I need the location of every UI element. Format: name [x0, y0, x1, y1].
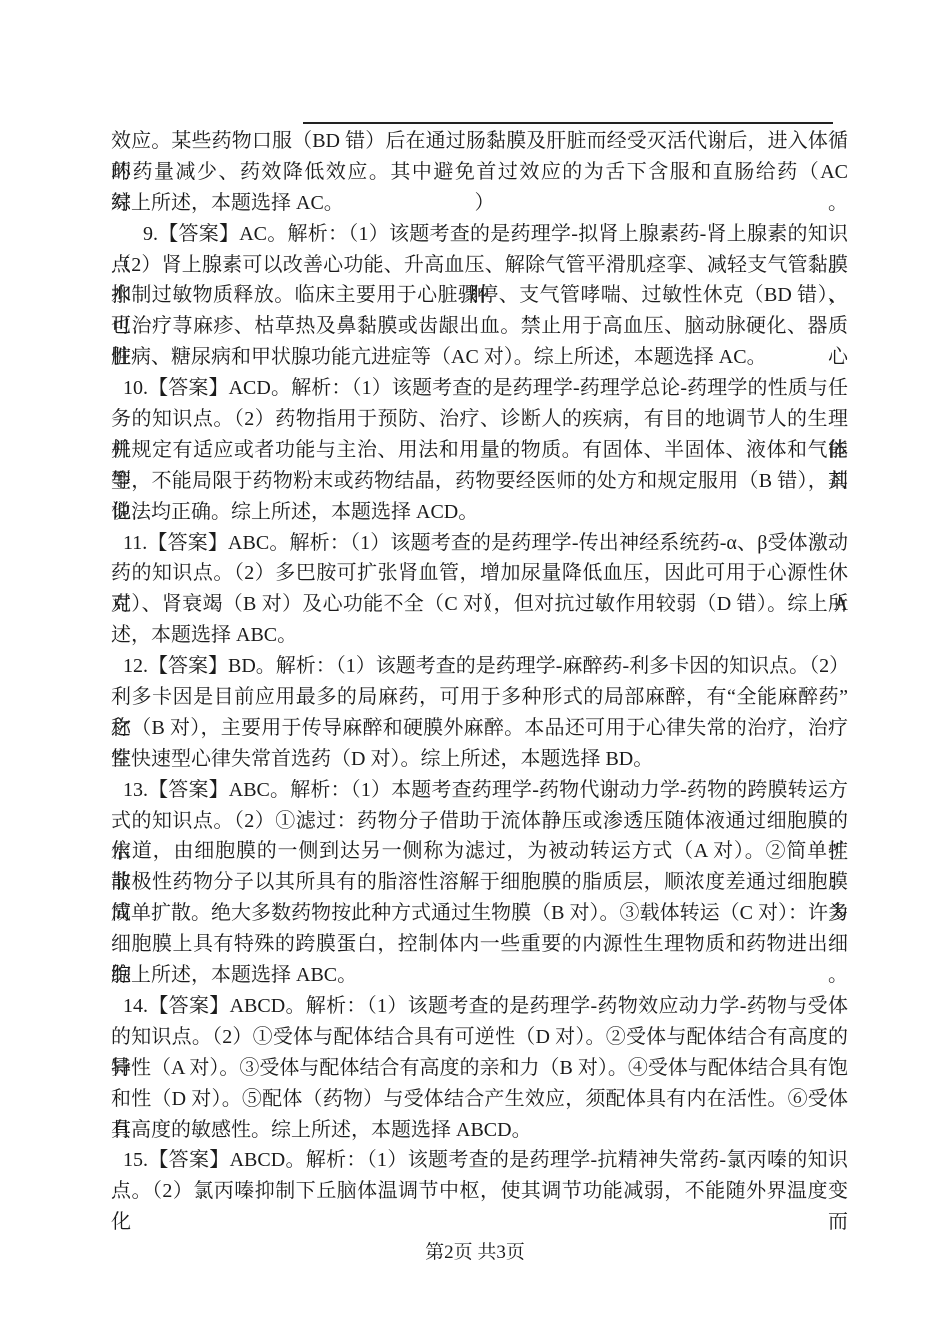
- answer-12-line-1: 12.【答案】BD。解析：（1）该题考查的是药理学-麻醉药-利多卡因的知识点。（…: [111, 651, 848, 682]
- answer-11-line-3: 对）、肾衰竭（B 对）及心功能不全（C 对），但对抗过敏作用较弱（D 错）。综上…: [111, 589, 848, 620]
- answer-13-line-3: 信道，由细胞膜的一侧到达另一侧称为滤过，为被动转运方式（A 对）。②简单扩散：: [111, 836, 848, 867]
- answer-9-line-1: 9.【答案】AC。解析：（1）该题考查的是药理学-拟肾上腺素药-肾上腺素的知识点…: [111, 219, 848, 250]
- answer-14-line-1: 14.【答案】ABCD。解析：（1）该题考查的是药理学-药物效应动力学-药物与受…: [111, 991, 848, 1022]
- answer-12-line-4: 性快速型心律失常首选药（D 对）。综上所述，本题选择 BD。: [111, 744, 848, 775]
- answer-13-line-2: 式的知识点。（2）①滤过：药物分子借助于流体静压或渗透压随体液通过细胞膜的水性: [111, 806, 848, 837]
- answer-12-line-3: 称（B 对），主要用于传导麻醉和硬膜外麻醉。本品还可用于心律失常的治疗，治疗室: [111, 713, 848, 744]
- answer-14-line-2: 的知识点。（2）①受体与配体结合具有可逆性（D 对）。②受体与配体结合有高度的特: [111, 1022, 848, 1053]
- answer-13-line-4: 非极性药物分子以其所具有的脂溶性溶解于细胞膜的脂质层，顺浓度差通过细胞膜成为: [111, 867, 848, 898]
- answer-9-line-5: 脏病、糖尿病和甲状腺功能亢进症等（AC 对）。综上所述，本题选择 AC。: [111, 342, 848, 373]
- answer-10-line-5: 说法均正确。综上所述，本题选择 ACD。: [111, 497, 848, 528]
- answer-13-line-6: 细胞膜上具有特殊的跨膜蛋白，控制体内一些重要的内源性生理物质和药物进出细胞。: [111, 929, 848, 960]
- leading-paragraph-line-2: 的药量减少、药效降低效应。其中避免首过效应的为舌下含服和直肠给药（AC 对）。: [111, 157, 848, 188]
- answer-9-line-3: 抑制过敏物质释放。临床主要用于心脏骤停、支气管哮喘、过敏性休克（BD 错），也: [111, 280, 848, 311]
- document-page: 效应。某些药物口服（BD 错）后在通过肠黏膜及肝脏而经受灭活代谢后，进入体循环的…: [0, 0, 950, 1336]
- answer-14-line-3: 异性（A 对）。③受体与配体结合有高度的亲和力（B 对）。④受体与配体结合具有饱: [111, 1053, 848, 1084]
- answer-13-line-1: 13.【答案】ABC。解析：（1）本题考查药理学-药物代谢动力学-药物的跨膜转运…: [111, 775, 848, 806]
- answer-10-line-2: 务的知识点。（2）药物指用于预防、治疗、诊断人的疾病，有目的地调节人的生理机能: [111, 404, 848, 435]
- answer-9-line-4: 可治疗荨麻疹、枯草热及鼻黏膜或齿龈出血。禁止用于高血压、脑动脉硬化、器质性心: [111, 311, 848, 342]
- answer-13-line-5: 简单扩散。绝大多数药物按此种方式通过生物膜（B 对）。③载体转运（C 对）：许多: [111, 898, 848, 929]
- answer-14-line-4: 和性（D 对）。⑤配体（药物）与受体结合产生效应，须配体具有内在活性。⑥受体具: [111, 1084, 848, 1115]
- answer-10-line-4: 型，不能局限于药物粉末或药物结晶，药物要经医师的处方和规定服用（B 错），其他: [111, 466, 848, 497]
- answer-10-line-1: 10.【答案】ACD。解析：（1）该题考查的是药理学-药理学总论-药理学的性质与…: [111, 373, 848, 404]
- answer-11-line-1: 11.【答案】ABC。解析：（1）该题考查的是药理学-传出神经系统药-α、β受体…: [111, 528, 848, 559]
- answer-15-line-2: 点。（2）氯丙嗪抑制下丘脑体温调节中枢，使其调节功能减弱，不能随外界温度变化而: [111, 1176, 848, 1207]
- answer-15-line-1: 15.【答案】ABCD。解析：（1）该题考查的是药理学-抗精神失常药-氯丙嗪的知…: [111, 1145, 848, 1176]
- document-body: 效应。某些药物口服（BD 错）后在通过肠黏膜及肝脏而经受灭活代谢后，进入体循环的…: [111, 126, 848, 1207]
- answer-14-line-5: 有高度的敏感性。综上所述，本题选择 ABCD。: [111, 1115, 848, 1146]
- leading-paragraph-line-1: 效应。某些药物口服（BD 错）后在通过肠黏膜及肝脏而经受灭活代谢后，进入体循环: [111, 126, 848, 157]
- answer-12-line-2: 利多卡因是目前应用最多的局麻药，可用于多种形式的局部麻醉，有“全能麻醉药”之: [111, 682, 848, 713]
- answer-9-line-2: （2）肾上腺素可以改善心功能、升高血压、解除气管平滑肌痉挛、减轻支气管黏膜水肿、: [111, 250, 848, 281]
- answer-10-line-3: 并规定有适应或者功能与主治、用法和用量的物质。有固体、半固体、液体和气体等剂: [111, 435, 848, 466]
- answer-11-line-4: 述，本题选择 ABC。: [111, 620, 848, 651]
- answer-11-line-2: 药的知识点。（2）多巴胺可扩张肾血管，增加尿量降低血压，因此可用于心源性休克（A: [111, 558, 848, 589]
- header-divider-line: [303, 122, 833, 124]
- page-footer: 第2页 共3页: [0, 1240, 950, 1266]
